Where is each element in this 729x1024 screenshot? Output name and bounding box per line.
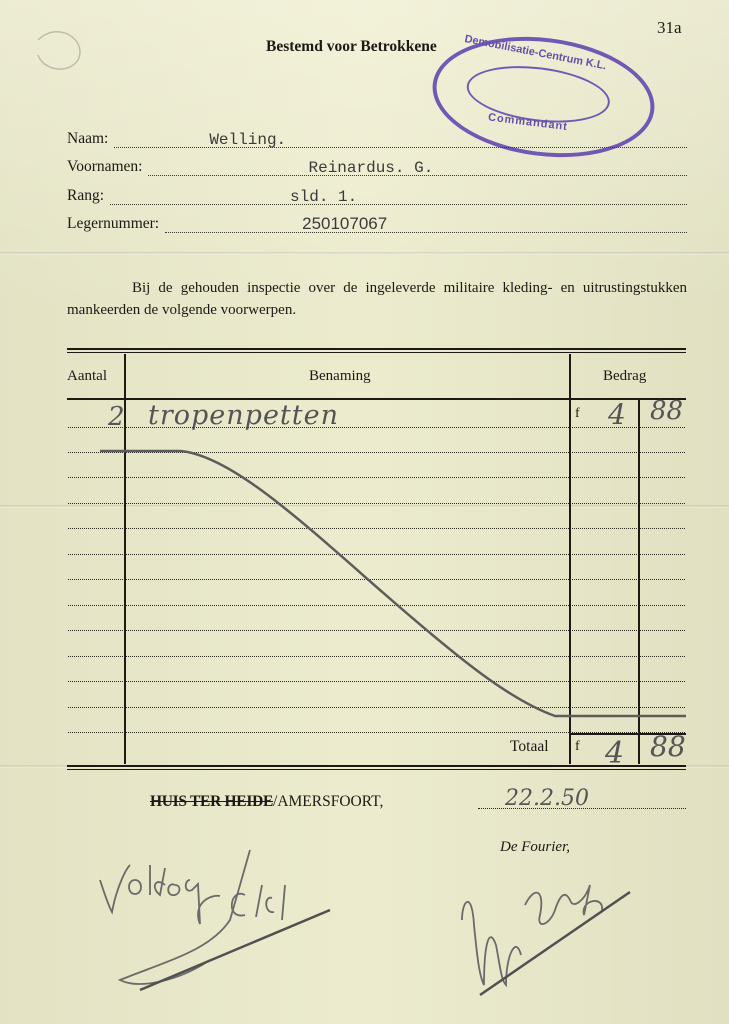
field-rang: Rang: sld. 1. — [67, 183, 687, 205]
field-value-voornamen: Reinardus. G. — [308, 159, 433, 177]
document-heading: Bestemd voor Betrokkene — [266, 38, 437, 56]
field-label: Legernummer: — [67, 215, 159, 233]
place-line: HUIS TER HEIDE/AMERSFOORT, — [150, 793, 383, 811]
row-benaming: tropenpetten — [148, 400, 339, 431]
total-label: Totaal — [510, 738, 549, 756]
table-top-rule-2 — [67, 352, 686, 353]
field-legernummer: Legernummer: 250107067 — [67, 211, 687, 233]
table-top-rule — [67, 348, 686, 350]
field-label: Rang: — [67, 187, 104, 205]
field-naam: Naam: Welling. — [67, 126, 687, 148]
field-value-rang: sld. 1. — [290, 188, 357, 206]
struck-place: HUIS TER HEIDE — [150, 793, 273, 810]
intro-paragraph: Bij de gehouden inspectie over de ingele… — [67, 277, 687, 321]
column-divider — [569, 354, 571, 764]
total-currency-symbol: f — [575, 739, 580, 755]
field-value-naam: Welling. — [209, 131, 286, 149]
header-aantal: Aantal — [67, 368, 107, 385]
page-number: 31a — [657, 18, 682, 38]
table-bottom-rule-2 — [67, 769, 686, 770]
field-label: Naam: — [67, 130, 108, 148]
date-value: 22.2.50 — [505, 786, 589, 811]
currency-symbol: f — [575, 406, 580, 422]
table-bottom-rule — [67, 765, 686, 767]
fold-crease — [0, 252, 729, 255]
row-aantal: 2 — [108, 402, 125, 432]
header-benaming: Benaming — [309, 368, 371, 385]
field-value-legernummer: 250107067 — [302, 214, 387, 234]
column-divider — [638, 400, 640, 764]
field-voornamen: Voornamen: Reinardus. G. — [67, 154, 687, 176]
total-underline — [571, 733, 686, 735]
signatory-title: De Fourier, — [500, 839, 570, 856]
header-bedrag: Bedrag — [603, 368, 646, 385]
place-name: /AMERSFOORT, — [273, 793, 383, 810]
row-guilders: 4 — [608, 398, 626, 431]
row-cents: 88 — [650, 396, 683, 426]
field-label: Voornamen: — [67, 158, 142, 176]
fold-crease — [0, 505, 729, 508]
